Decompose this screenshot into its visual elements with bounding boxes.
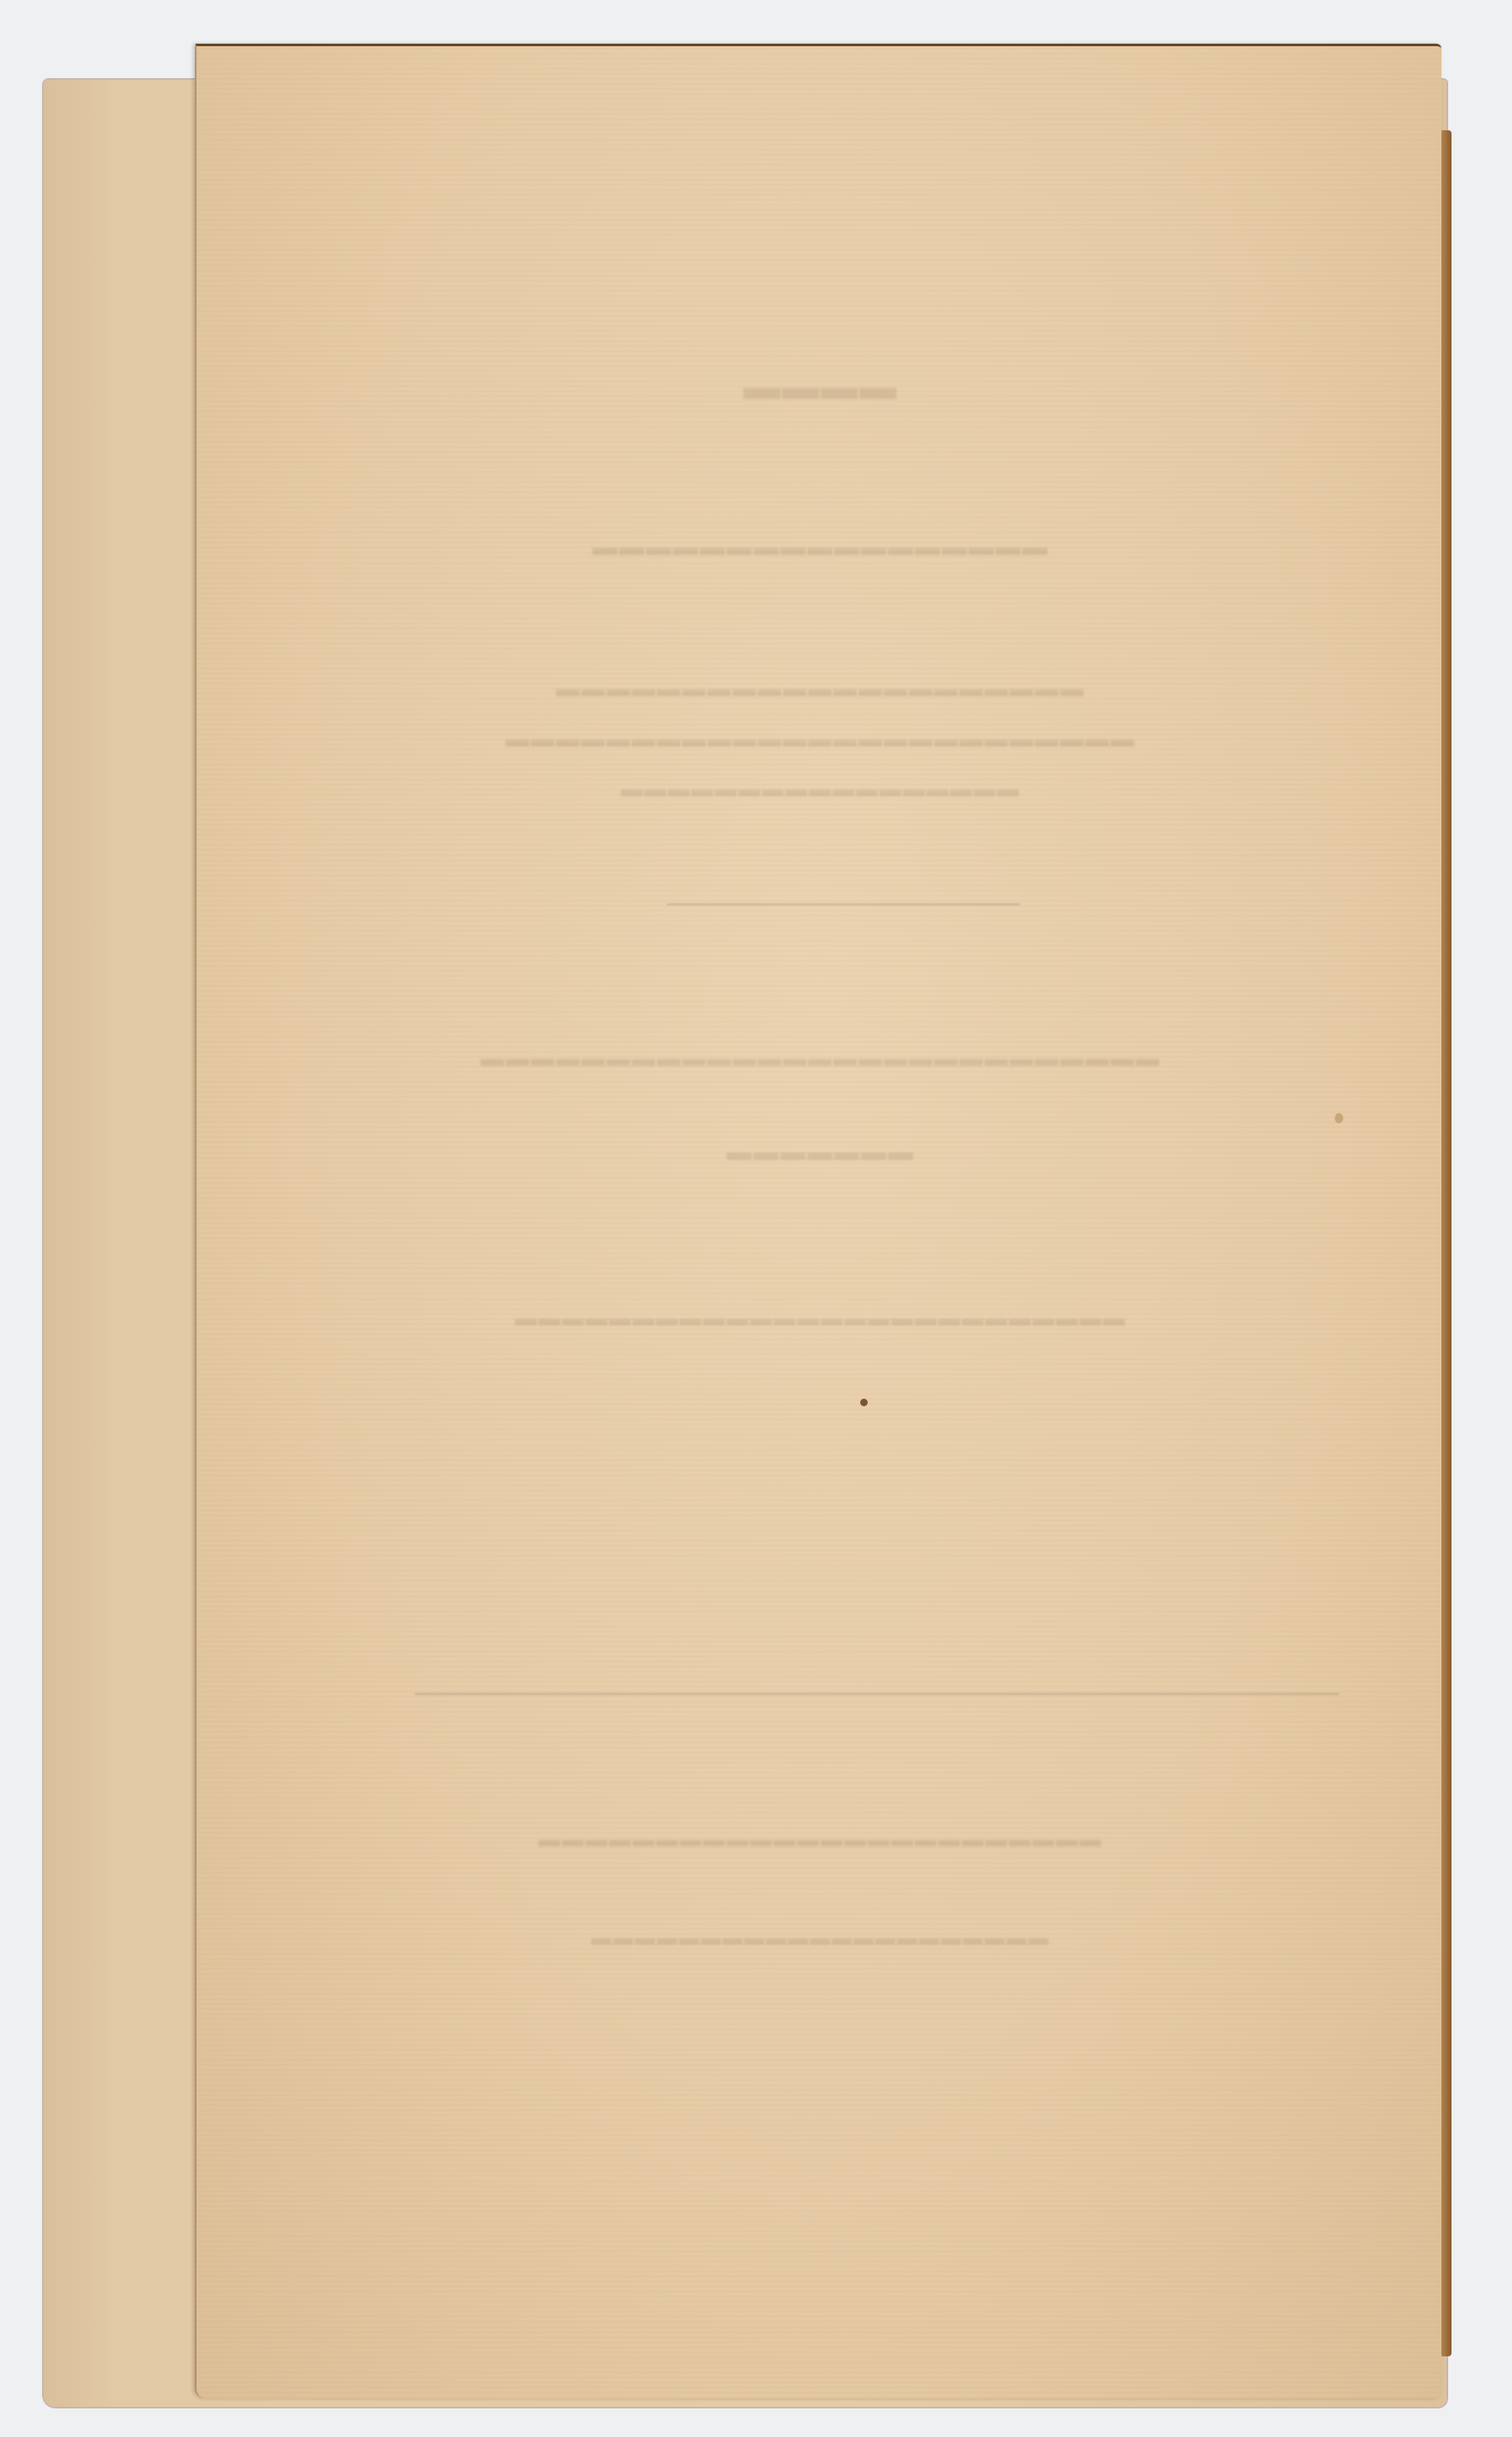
showthrough-line: ▬▬▬▬▬▬▬▬▬▬▬▬▬▬▬▬▬▬▬▬▬ <box>197 676 1441 703</box>
showthrough-line: ▬▬▬▬▬▬▬▬▬▬▬▬▬▬▬▬▬▬▬▬▬▬▬▬▬▬▬ <box>197 1046 1441 1073</box>
foxing-spot <box>1335 1113 1343 1123</box>
front-page: ▬▬▬▬ ▬▬▬▬▬▬▬▬▬▬▬▬▬▬▬▬▬ ▬▬▬▬▬▬▬▬▬▬▬▬▬▬▬▬▬… <box>195 44 1441 2398</box>
showthrough-line: ▬▬▬▬▬▬▬▬▬▬▬▬▬▬▬▬▬ <box>197 777 1441 802</box>
showthrough-line: ▬▬▬▬▬▬▬▬▬▬▬▬▬▬▬▬▬▬▬▬▬▬▬▬▬ <box>197 727 1441 754</box>
showthrough-line: ▬▬▬▬▬▬▬▬▬▬▬▬▬▬▬▬▬▬▬▬▬▬▬▬ <box>197 1827 1441 1852</box>
foxing-spot <box>860 1399 868 1406</box>
showthrough-line: ▬▬▬▬▬▬▬▬▬▬▬▬▬▬▬▬▬ <box>197 533 1441 562</box>
showthrough-line: ▬▬▬▬▬▬▬▬▬▬▬▬▬▬▬▬▬▬▬▬▬ <box>197 1928 1441 1951</box>
showthrough-rule <box>667 903 1020 906</box>
showthrough-title: ▬▬▬▬ <box>197 365 1441 408</box>
showthrough-line: ▬▬▬▬▬▬▬ <box>197 1138 1441 1167</box>
showthrough-rule <box>415 1693 1339 1695</box>
showthrough-line: ▬▬▬▬▬▬▬▬▬▬▬▬▬▬▬▬▬▬▬▬▬▬▬▬▬▬ <box>197 1306 1441 1331</box>
